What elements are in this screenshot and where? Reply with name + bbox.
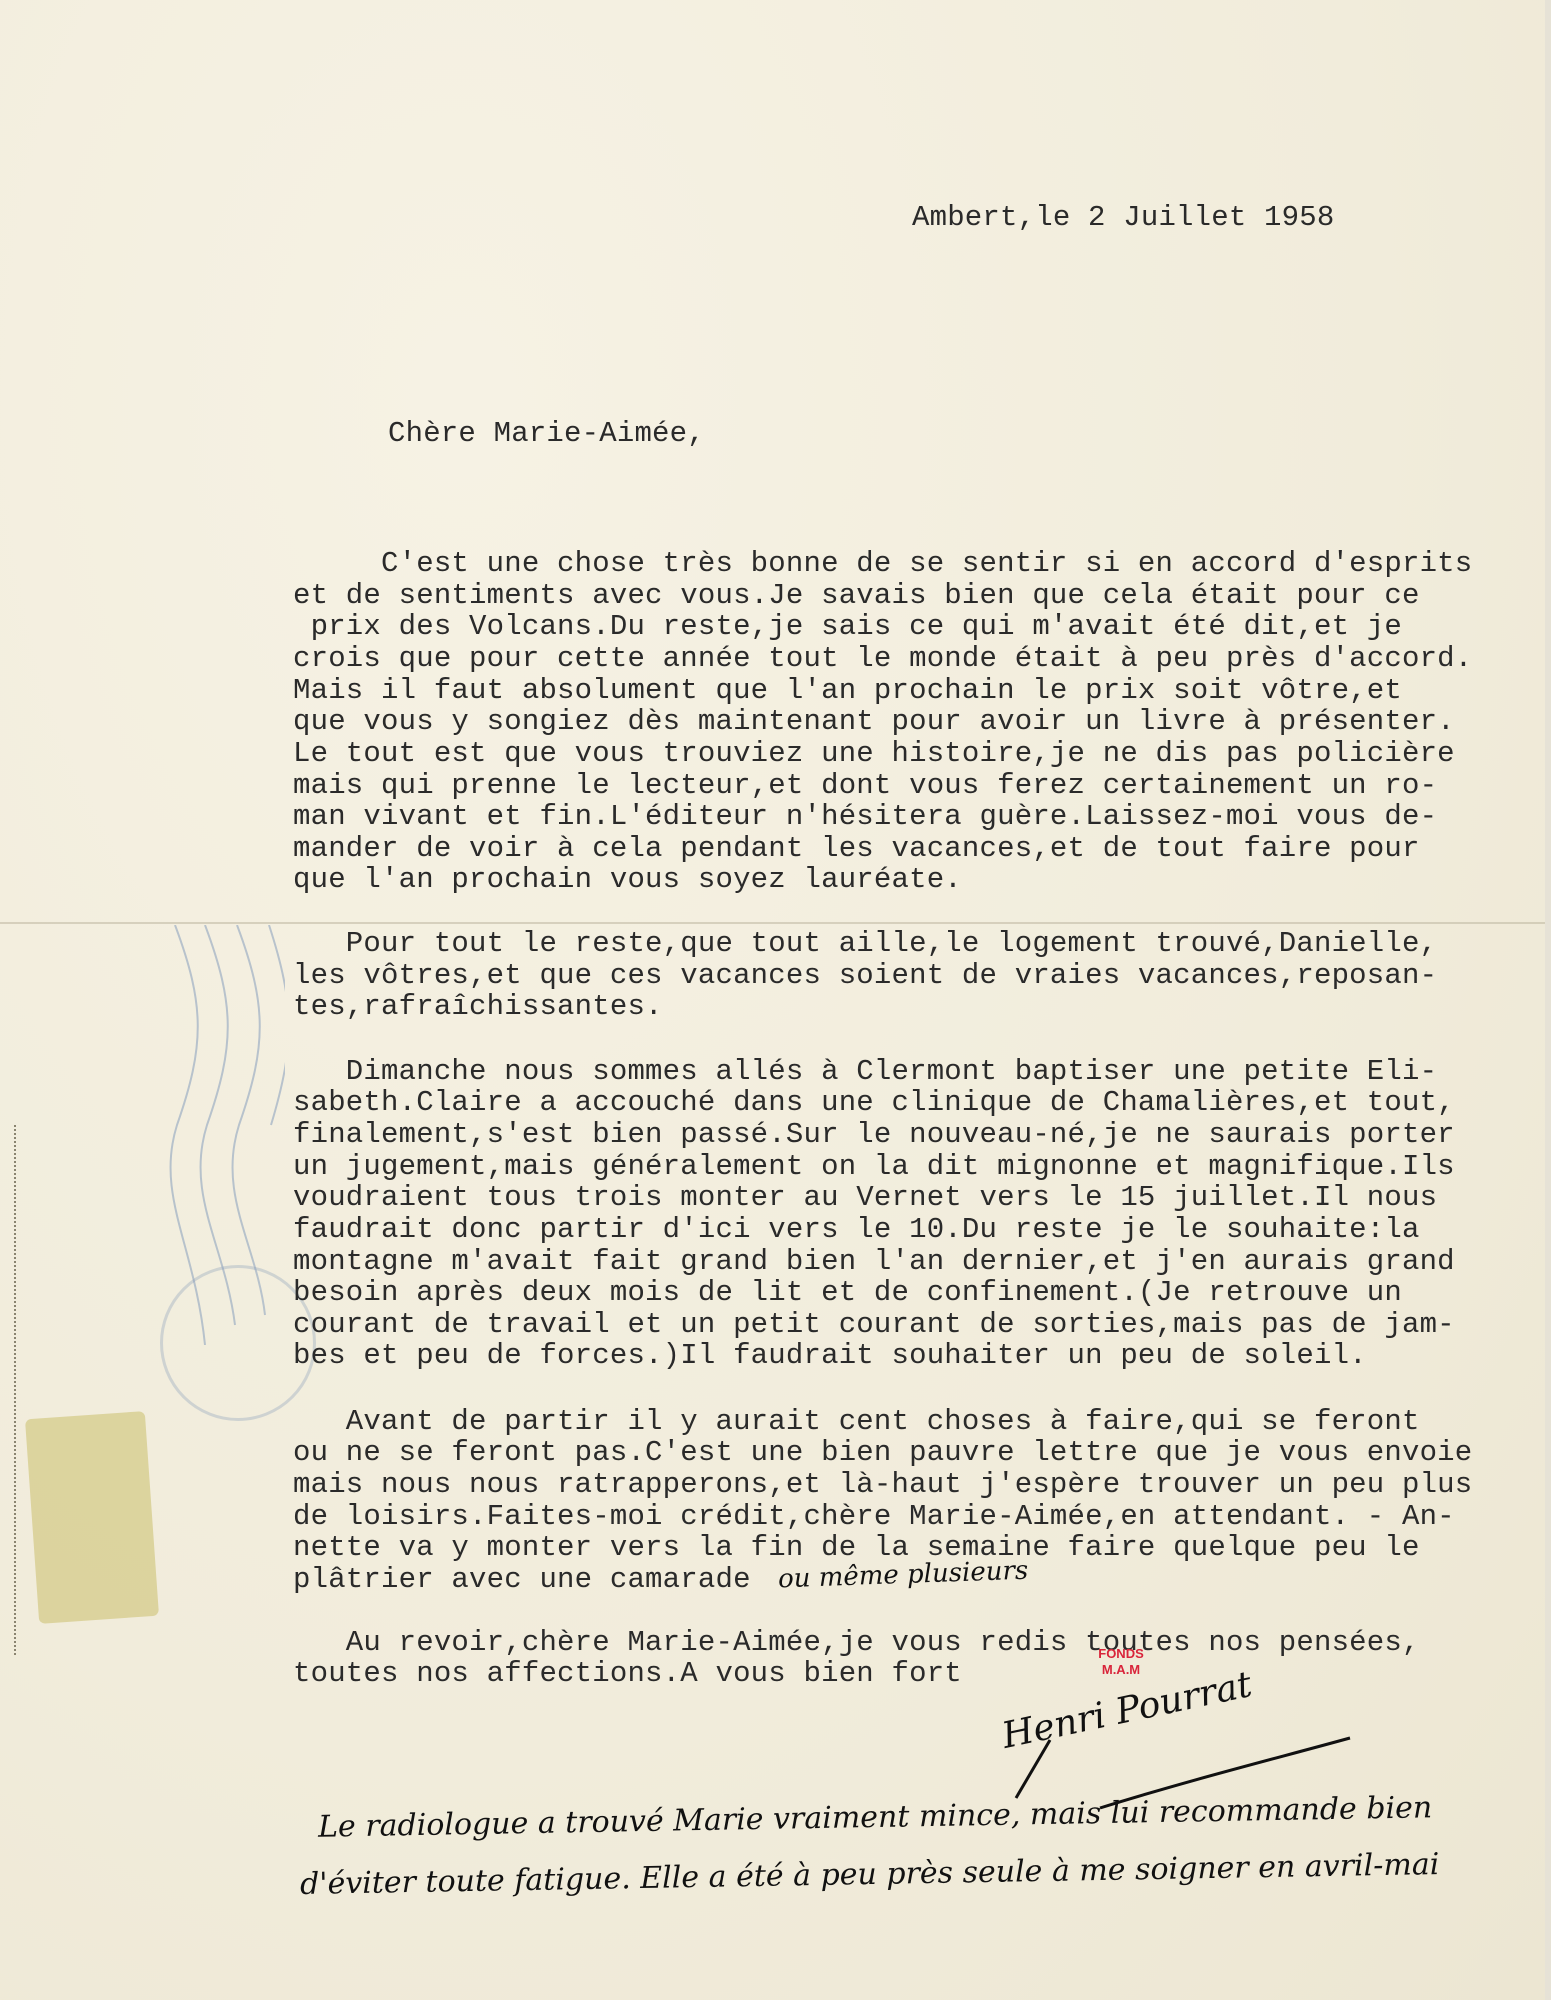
text-line: Dimanche nous sommes allés à Clermont ba… — [293, 1056, 1437, 1088]
text-line: toutes nos affections.A vous bien fort — [293, 1658, 962, 1690]
text-line: nette va y monter vers la fin de la sema… — [293, 1532, 1420, 1564]
text-line: et de sentiments avec vous.Je savais bie… — [293, 580, 1420, 612]
text-line: finalement,s'est bien passé.Sur le nouve… — [293, 1119, 1455, 1151]
text-line: mais nous nous ratrapperons,et là-haut j… — [293, 1469, 1472, 1501]
place-date: Ambert,le 2 Juillet 1958 — [912, 202, 1334, 234]
text-line: prix des Volcans.Du reste,je sais ce qui… — [293, 611, 1402, 643]
text-line: un jugement,mais généralement on la dit … — [293, 1151, 1455, 1183]
stamp-line-1: FONDS — [1096, 1646, 1146, 1662]
salutation: Chère Marie-Aimée, — [388, 418, 705, 450]
stamp-perforation-edge — [14, 1125, 20, 1655]
text-line: mander de voir à cela pendant les vacanc… — [293, 833, 1420, 865]
text-line: montagne m'avait fait grand bien l'an de… — [293, 1246, 1455, 1278]
text-line: faudrait donc partir d'ici vers le 10.Du… — [293, 1214, 1420, 1246]
text-line: besoin après deux mois de lit et de conf… — [293, 1277, 1402, 1309]
text-line: les vôtres,et que ces vacances soient de… — [293, 960, 1437, 992]
archive-stamp: FONDS M.A.M — [1096, 1646, 1146, 1678]
text-line: Au revoir,chère Marie-Aimée,je vous redi… — [293, 1627, 1420, 1659]
text-line: C'est une chose très bonne de se sentir … — [293, 548, 1472, 580]
text-line: man vivant et fin.L'éditeur n'hésitera g… — [293, 801, 1437, 833]
paper-edge — [1545, 0, 1551, 2000]
text-line: que vous y songiez dès maintenant pour a… — [293, 706, 1455, 738]
text-line: crois que pour cette année tout le monde… — [293, 643, 1472, 675]
text-line: de loisirs.Faites-moi crédit,chère Marie… — [293, 1501, 1455, 1533]
text-line: tes,rafraîchissantes. — [293, 991, 663, 1023]
text-line: Mais il faut absolument que l'an prochai… — [293, 675, 1402, 707]
text-line: bes et peu de forces.)Il faudrait souhai… — [293, 1340, 1367, 1372]
text-line: Avant de partir il y aurait cent choses … — [293, 1406, 1420, 1438]
text-line: courant de travail et un petit courant d… — [293, 1309, 1455, 1341]
text-line: ou ne se feront pas.C'est une bien pauvr… — [293, 1437, 1472, 1469]
text-line: plâtrier avec une camarade — [293, 1564, 751, 1596]
text-line: Le tout est que vous trouviez une histoi… — [293, 738, 1455, 770]
text-line: sabeth.Claire a accouché dans une cliniq… — [293, 1087, 1455, 1119]
text-line: Pour tout le reste,que tout aille,le log… — [293, 928, 1437, 960]
adhesive-tape-residue — [25, 1411, 159, 1624]
text-line: mais qui prenne le lecteur,et dont vous … — [293, 770, 1437, 802]
paper-fold-line — [0, 922, 1545, 924]
stamp-line-2: M.A.M — [1096, 1662, 1146, 1678]
text-line: que l'an prochain vous soyez lauréate. — [293, 864, 962, 896]
text-line: voudraient tous trois monter au Vernet v… — [293, 1182, 1437, 1214]
